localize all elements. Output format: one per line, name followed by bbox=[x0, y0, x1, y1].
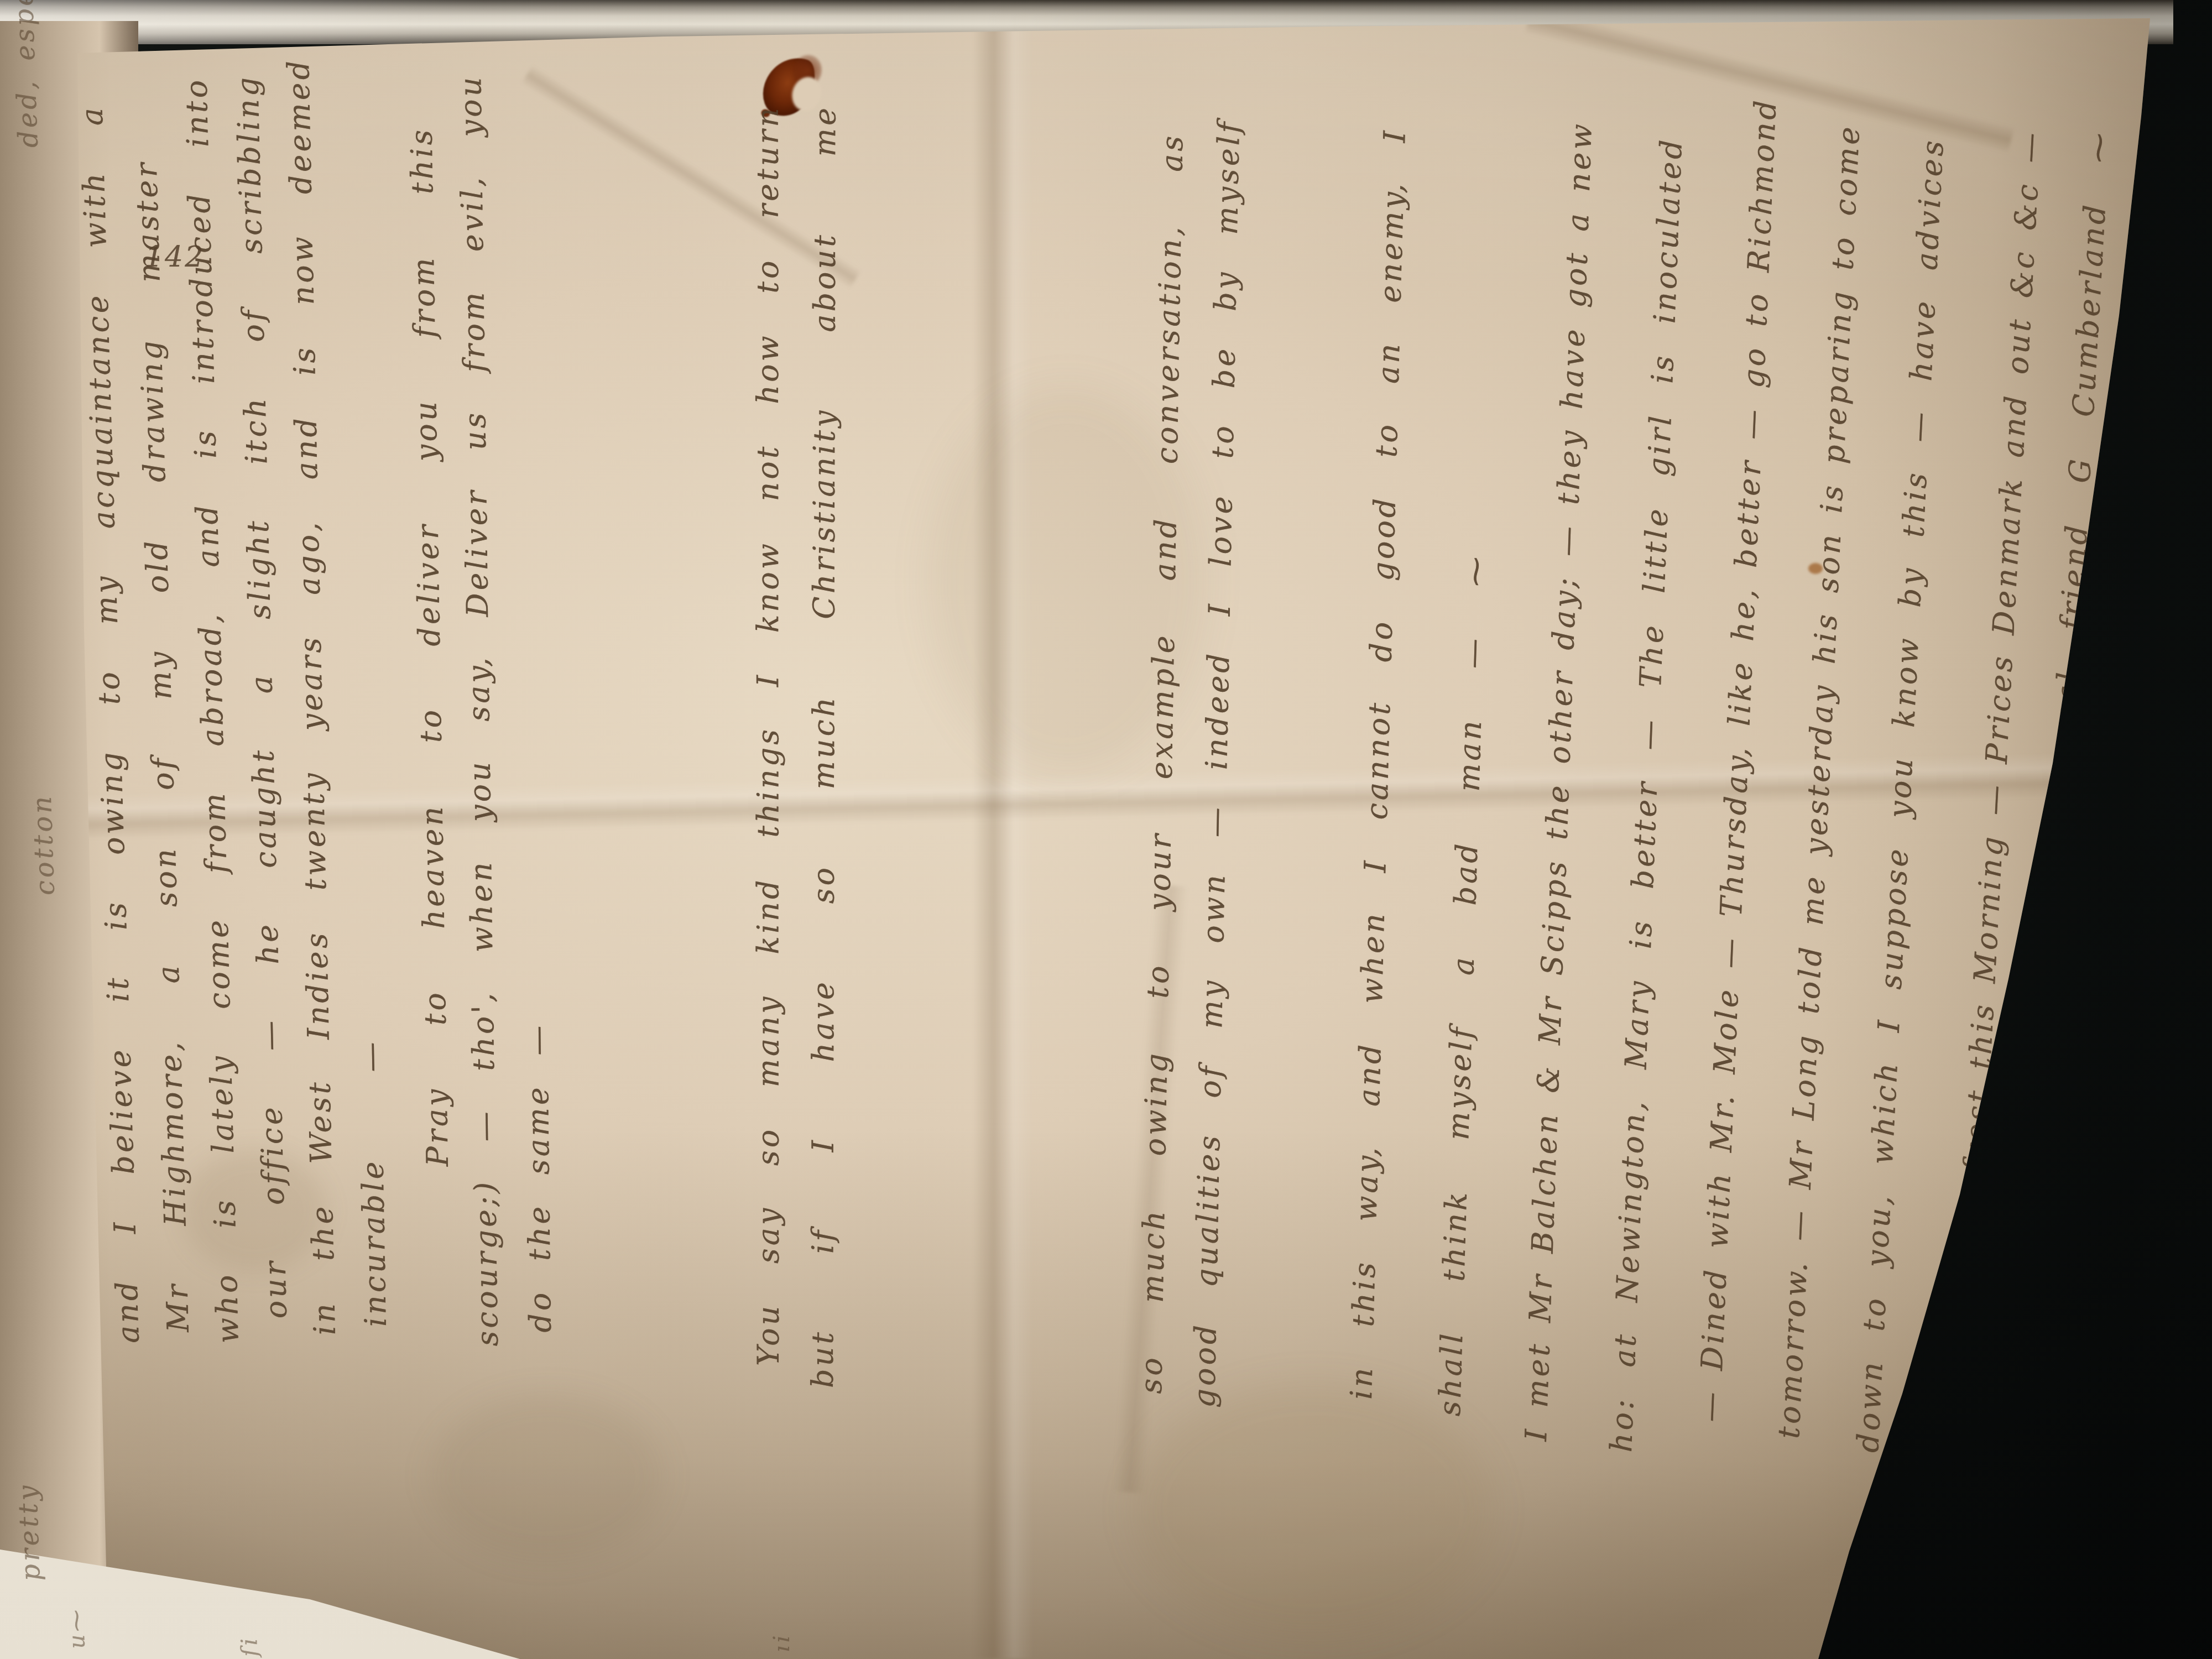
manuscript-line: but if I have so much Christianity about… bbox=[806, 105, 842, 1388]
manuscript-line: incurable — bbox=[354, 1039, 393, 1327]
manuscript-line: down to you, which I suppose you know by… bbox=[1851, 137, 1950, 1453]
water-stain bbox=[1134, 1383, 1493, 1637]
manuscript-fragment: ded, especially bbox=[10, 14, 44, 148]
manuscript-fragment: u⁓ bbox=[63, 1577, 90, 1649]
manuscript-fragment: ıi bbox=[770, 1614, 795, 1652]
manuscript-line: in this way, and when I cannot do good t… bbox=[1345, 128, 1412, 1400]
manuscript-page: 142 an occasion — I am more happy than e… bbox=[0, 0, 2212, 1659]
manuscript-line: shall think myself a bad man — ⁓ bbox=[1433, 554, 1493, 1417]
manuscript-fragment: ſi bbox=[237, 1606, 263, 1657]
manuscript-line: M. Timbrell. — frost this Morning — Pric… bbox=[1942, 132, 2048, 1470]
manuscript-line: ho: at Newington, Mary is better — The l… bbox=[1605, 137, 1689, 1453]
manuscript-line: Pl. greet my mother &c & — bbox=[2075, 897, 2150, 1594]
manuscript-line: — Dined with Mr. Mole — Thursday, like h… bbox=[1693, 134, 1781, 1422]
manuscript-line: You say so many kind things I know not h… bbox=[752, 105, 786, 1366]
smudge bbox=[431, 1394, 664, 1559]
manuscript-fragment: cotton bbox=[27, 773, 61, 896]
manuscript-line: our office — he caught a slight itch of … bbox=[231, 74, 293, 1319]
manuscript-fragment: pretty bbox=[12, 1437, 46, 1582]
manuscript-line: I met Mr Balchen & Mr Scipps the other d… bbox=[1520, 125, 1599, 1442]
vertical-fold-crease bbox=[973, 0, 1034, 1659]
manuscript-line: Pray to heaven to deliver you from this bbox=[405, 127, 455, 1167]
manuscript-line: in the West Indies twenty years ago, and… bbox=[282, 58, 342, 1335]
horizontal-fold-crease bbox=[83, 753, 2074, 839]
manuscript-line: good qualities of my own — indeed I love… bbox=[1188, 119, 1246, 1408]
manuscript-line: so much owing to your example and conver… bbox=[1135, 133, 1190, 1394]
manuscript-line: do the same — bbox=[521, 1022, 558, 1333]
manuscript-line: tomorrow. — Mr Long told me yesterday hi… bbox=[1772, 134, 1866, 1439]
manuscript-line: scourge;) — tho', when you say, Deliver … bbox=[454, 74, 504, 1347]
